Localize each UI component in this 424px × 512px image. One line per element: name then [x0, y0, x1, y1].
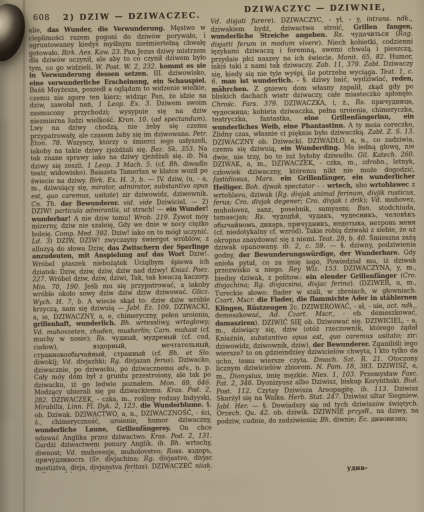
page-crease-line	[23, 0, 25, 512]
text-column-right: Vd. disjati furere). DZIWACZYĆ, - ył, - …	[210, 15, 419, 468]
page-number: 608	[33, 13, 50, 22]
text-column-left: alie, das Wunder, die Verwunderung. Męst…	[29, 25, 213, 474]
page-curl-shadow	[0, 0, 31, 66]
dictionary-page-scan: 608 2) DZIW — DZIWACZEC. DZIWACZYC — DZI…	[0, 0, 424, 512]
paper-stain	[150, 470, 270, 500]
running-head-left: 2) DZIW — DZIWACZEC.	[63, 10, 201, 22]
catchword: удив-	[347, 464, 368, 472]
gutter-shading	[0, 120, 20, 420]
running-head-right: DZIWACZYC — DZIWNIE,	[244, 2, 386, 14]
